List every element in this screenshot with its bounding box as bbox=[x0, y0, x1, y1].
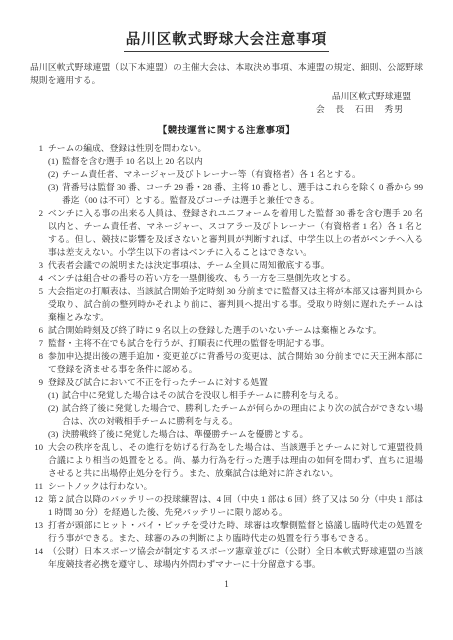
signature-org: 品川区軟式野球連盟 bbox=[30, 90, 411, 103]
list-item: 9登録及び試合において不正を行ったチームに対する処置 bbox=[30, 376, 423, 389]
item-text: 試合開始時刻及び終了時に 9 名以上の登録した選手のいないチームは棄権とみなす。 bbox=[48, 324, 423, 337]
item-text: 打者が頭部にヒット・バイ・ピッチを受けた時、球審は攻撃側監督と協議し臨時代走の処… bbox=[48, 519, 423, 545]
list-subitem: (2)チーム責任者、マネージャー及びトレーナー等（有資格者）各 1 名とする。 bbox=[30, 168, 423, 181]
list-item: 10大会の秩序を乱し、その進行を妨げる行為をした場合は、当該選手とチームに対して… bbox=[30, 441, 423, 480]
item-number: 11 bbox=[30, 480, 48, 493]
list-item: 11シートノックは行わない。 bbox=[30, 480, 423, 493]
document-title: 品川区軟式野球大会注意事項 bbox=[124, 30, 330, 52]
item-number: 10 bbox=[30, 441, 48, 454]
item-number: 12 bbox=[30, 493, 48, 506]
document-page: 品川区軟式野球大会注意事項 品川区軟式野球連盟（以下本連盟）の主催大会は、本取決… bbox=[0, 0, 453, 640]
subitem-number: (2) bbox=[48, 402, 62, 415]
subitem-number: (3) bbox=[48, 428, 62, 441]
item-number: 7 bbox=[30, 337, 48, 350]
item-number: 2 bbox=[30, 207, 48, 220]
item-number: 1 bbox=[30, 142, 48, 155]
item-text: 大会の秩序を乱し、その進行を妨げる行為をした場合は、当該選手とチームに対して連盟… bbox=[48, 441, 423, 480]
list-item: 2ベンチに入る事の出来る人員は、登録されユニフォームを着用した監督 30 番を含… bbox=[30, 207, 423, 259]
list-item: 6試合開始時刻及び終了時に 9 名以上の登録した選手のいないチームは棄権とみなす… bbox=[30, 324, 423, 337]
item-number: 9 bbox=[30, 376, 48, 389]
subitem-number: (1) bbox=[48, 389, 62, 402]
list-subitem: (1)監督を含む選手 10 名以上 20 名以内 bbox=[30, 155, 423, 168]
intro-paragraph: 品川区軟式野球連盟（以下本連盟）の主催大会は、本取決め事項、本連盟の規定、細則、… bbox=[30, 61, 423, 87]
list-subitem: (3)決勝戦終了後に発覚した場合は、準優勝チームを優勝とする。 bbox=[30, 428, 423, 441]
item-text: 第 2 試合以降のバッテリーの投球練習は、4 回（中央 1 部は 6 回）終了又… bbox=[48, 493, 423, 519]
item-text: 登録及び試合において不正を行ったチームに対する処置 bbox=[48, 376, 423, 389]
subitem-number: (2) bbox=[48, 168, 62, 181]
items-list: 1チームの編成、登録は性別を問わない。(1)監督を含む選手 10 名以上 20 … bbox=[30, 142, 423, 571]
item-number: 4 bbox=[30, 272, 48, 285]
item-text: （公財）日本スポーツ協会が制定するスポーツ憲章並びに（公財）全日本軟式野球連盟の… bbox=[48, 545, 423, 571]
list-item: 3代表者会議での説明または決定事項は、チーム全員に周知徹底する事。 bbox=[30, 259, 423, 272]
subitem-number: (1) bbox=[48, 155, 62, 168]
subitem-number: (3) bbox=[48, 181, 62, 194]
list-item: 4ベンチは組合せの番号の若い方を一塁側後攻、もう一方を三塁側先攻とする。 bbox=[30, 272, 423, 285]
item-text: 大会指定の打順表は、当該試合開始予定時刻 30 分前までに監督又は主将が本部又は… bbox=[48, 285, 423, 324]
list-item: 8参加申込提出後の選手追加・変更並びに背番号の変更は、試合開始 30 分前までに… bbox=[30, 350, 423, 376]
item-number: 5 bbox=[30, 285, 48, 298]
item-text: 監督・主将不在でも試合を行うが、打順表に代理の監督を明記する事。 bbox=[48, 337, 423, 350]
list-item: 1チームの編成、登録は性別を問わない。 bbox=[30, 142, 423, 155]
subitem-text: 試合中に発覚した場合はその試合を没収し相手チームに勝利を与える。 bbox=[62, 389, 423, 402]
item-number: 8 bbox=[30, 350, 48, 363]
item-text: シートノックは行わない。 bbox=[48, 480, 423, 493]
item-text: 参加申込提出後の選手追加・変更並びに背番号の変更は、試合開始 30 分前までに天… bbox=[48, 350, 423, 376]
item-number: 13 bbox=[30, 519, 48, 532]
subitem-text: 試合終了後に発覚した場合で、勝利したチームが何らかの理由により次の試合ができない… bbox=[62, 402, 423, 428]
list-subitem: (3)背番号は監督 30 番、コーチ 29 番・28 番、主将 10 番とし、選… bbox=[30, 181, 423, 207]
list-item: 5大会指定の打順表は、当該試合開始予定時刻 30 分前までに監督又は主将が本部又… bbox=[30, 285, 423, 324]
item-text: 代表者会議での説明または決定事項は、チーム全員に周知徹底する事。 bbox=[48, 259, 423, 272]
item-number: 14 bbox=[30, 545, 48, 558]
list-subitem: (2)試合終了後に発覚した場合で、勝利したチームが何らかの理由により次の試合がで… bbox=[30, 402, 423, 428]
subitem-text: 監督を含む選手 10 名以上 20 名以内 bbox=[62, 155, 423, 168]
subitem-text: 背番号は監督 30 番、コーチ 29 番・28 番、主将 10 番とし、選手はこ… bbox=[62, 181, 423, 207]
item-number: 6 bbox=[30, 324, 48, 337]
list-item: 7監督・主将不在でも試合を行うが、打順表に代理の監督を明記する事。 bbox=[30, 337, 423, 350]
page-number: 1 bbox=[30, 578, 423, 591]
item-text: チームの編成、登録は性別を問わない。 bbox=[48, 142, 423, 155]
list-item: 14（公財）日本スポーツ協会が制定するスポーツ憲章並びに（公財）全日本軟式野球連… bbox=[30, 545, 423, 571]
list-item: 13打者が頭部にヒット・バイ・ピッチを受けた時、球審は攻撃側監督と協議し臨時代走… bbox=[30, 519, 423, 545]
subitem-text: 決勝戦終了後に発覚した場合は、準優勝チームを優勝とする。 bbox=[62, 428, 423, 441]
section-header: 【競技運営に関する注意事項】 bbox=[30, 125, 423, 138]
list-subitem: (1)試合中に発覚した場合はその試合を没収し相手チームに勝利を与える。 bbox=[30, 389, 423, 402]
signature-block: 品川区軟式野球連盟 会 長 石田 秀男 bbox=[30, 90, 423, 116]
list-item: 12第 2 試合以降のバッテリーの投球練習は、4 回（中央 1 部は 6 回）終… bbox=[30, 493, 423, 519]
title-row: 品川区軟式野球大会注意事項 bbox=[30, 30, 423, 52]
item-text: ベンチは組合せの番号の若い方を一塁側後攻、もう一方を三塁側先攻とする。 bbox=[48, 272, 423, 285]
subitem-text: チーム責任者、マネージャー及びトレーナー等（有資格者）各 1 名とする。 bbox=[62, 168, 423, 181]
item-number: 3 bbox=[30, 259, 48, 272]
signature-chairman: 会 長 石田 秀男 bbox=[30, 103, 411, 116]
item-text: ベンチに入る事の出来る人員は、登録されユニフォームを着用した監督 30 番を含む… bbox=[48, 207, 423, 259]
